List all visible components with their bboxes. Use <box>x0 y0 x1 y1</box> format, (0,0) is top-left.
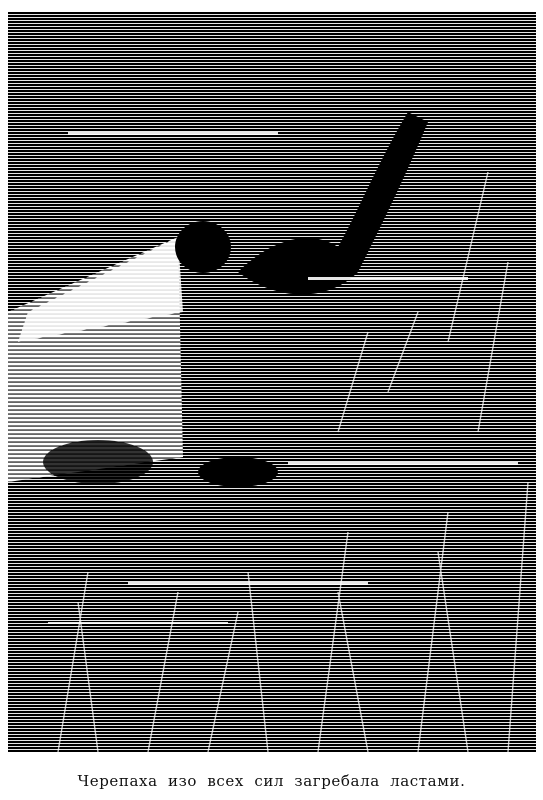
illustration-caption: Черепаха изо всех сил загребала ластами. <box>0 772 543 790</box>
illustration-engraving <box>8 12 536 752</box>
lamp <box>175 221 231 273</box>
turtle <box>43 440 153 484</box>
